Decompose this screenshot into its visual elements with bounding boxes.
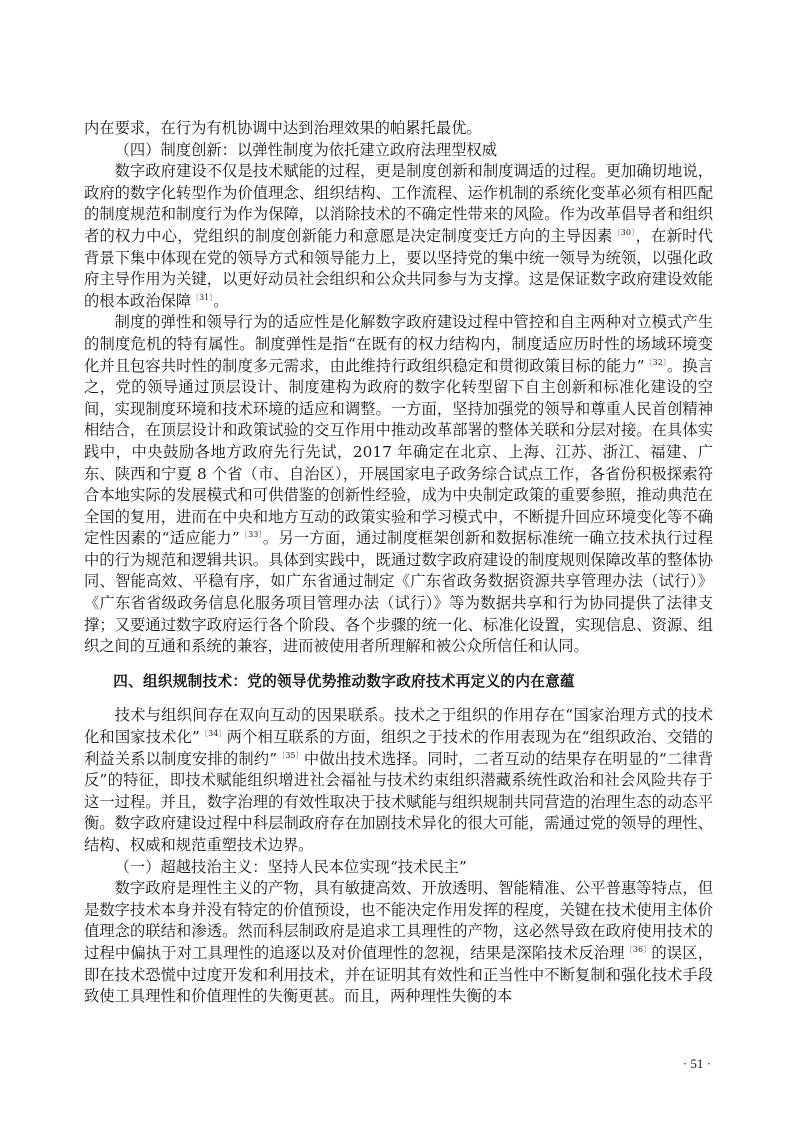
citation-marker: 〔33〕 bbox=[240, 530, 263, 539]
citation-marker: 〔31〕 bbox=[191, 293, 213, 302]
citation-marker: 〔35〕 bbox=[277, 751, 304, 760]
page-number: · 51 · bbox=[683, 1056, 711, 1072]
text-run: （四）制度创新：以弹性制度为依托建立政府法理型权威 bbox=[115, 141, 497, 159]
text-run: 数字政府是理性主义的产物，具有敏捷高效、开放透明、智能精准、公平普惠等特点，但是… bbox=[84, 879, 713, 962]
paragraph: 制度的弹性和领导行为的适应性是化解数字政府建设过程中管控和自主两种对立模式产生的… bbox=[84, 312, 713, 658]
text-run: 制度的弹性和领导行为的适应性是化解数字政府建设过程中管控和自主两种对立模式产生的… bbox=[84, 313, 713, 374]
text-run: 内在要求，在行为有机协调中达到治理效果的帕累托最优。 bbox=[84, 119, 482, 137]
citation-marker: 〔32〕 bbox=[645, 358, 667, 367]
text-run: （一）超越技治主义：坚持人民本位实现“技术民主” bbox=[115, 858, 467, 876]
text-run: 。 bbox=[213, 292, 228, 310]
citation-marker: 〔36〕 bbox=[625, 945, 652, 954]
citation-marker: 〔30〕 bbox=[613, 228, 636, 237]
subsection-heading: （一）超越技治主义：坚持人民本位实现“技术民主” bbox=[84, 857, 713, 879]
citation-marker: 〔34〕 bbox=[200, 729, 227, 738]
subsection-heading: （四）制度创新：以弹性制度为依托建立政府法理型权威 bbox=[84, 140, 713, 162]
paragraph: 数字政府是理性主义的产物，具有敏捷高效、开放透明、智能精准、公平普惠等特点，但是… bbox=[84, 878, 713, 1008]
section-heading: 四、组织规制技术：党的领导优势推动数字政府技术再定义的内在意蕴 bbox=[84, 671, 713, 693]
text-run: 。另一方面，通过制度框架创新和数据标准统一确立技术执行过程中的行为规范和逻辑共识… bbox=[84, 529, 713, 655]
text-run: 。换言之，党的领导通过顶层设计、制度建构为政府的数字化转型留下自主创新和标准化建… bbox=[84, 357, 713, 548]
paragraph: 数字政府建设不仅是技术赋能的过程，更是制度创新和制度调适的过程。更加确切地说，政… bbox=[84, 161, 713, 312]
document-page: 内在要求，在行为有机协调中达到治理效果的帕累托最优。（四）制度创新：以弹性制度为… bbox=[84, 118, 713, 1008]
paragraph: 技术与组织间存在双向互动的因果联系。技术之于组织的作用存在“国家治理方式的技术化… bbox=[84, 705, 713, 856]
text-run: 四、组织规制技术：党的领导优势推动数字政府技术再定义的内在意蕴 bbox=[113, 673, 575, 690]
paragraph-continued: 内在要求，在行为有机协调中达到治理效果的帕累托最优。 bbox=[84, 118, 713, 140]
